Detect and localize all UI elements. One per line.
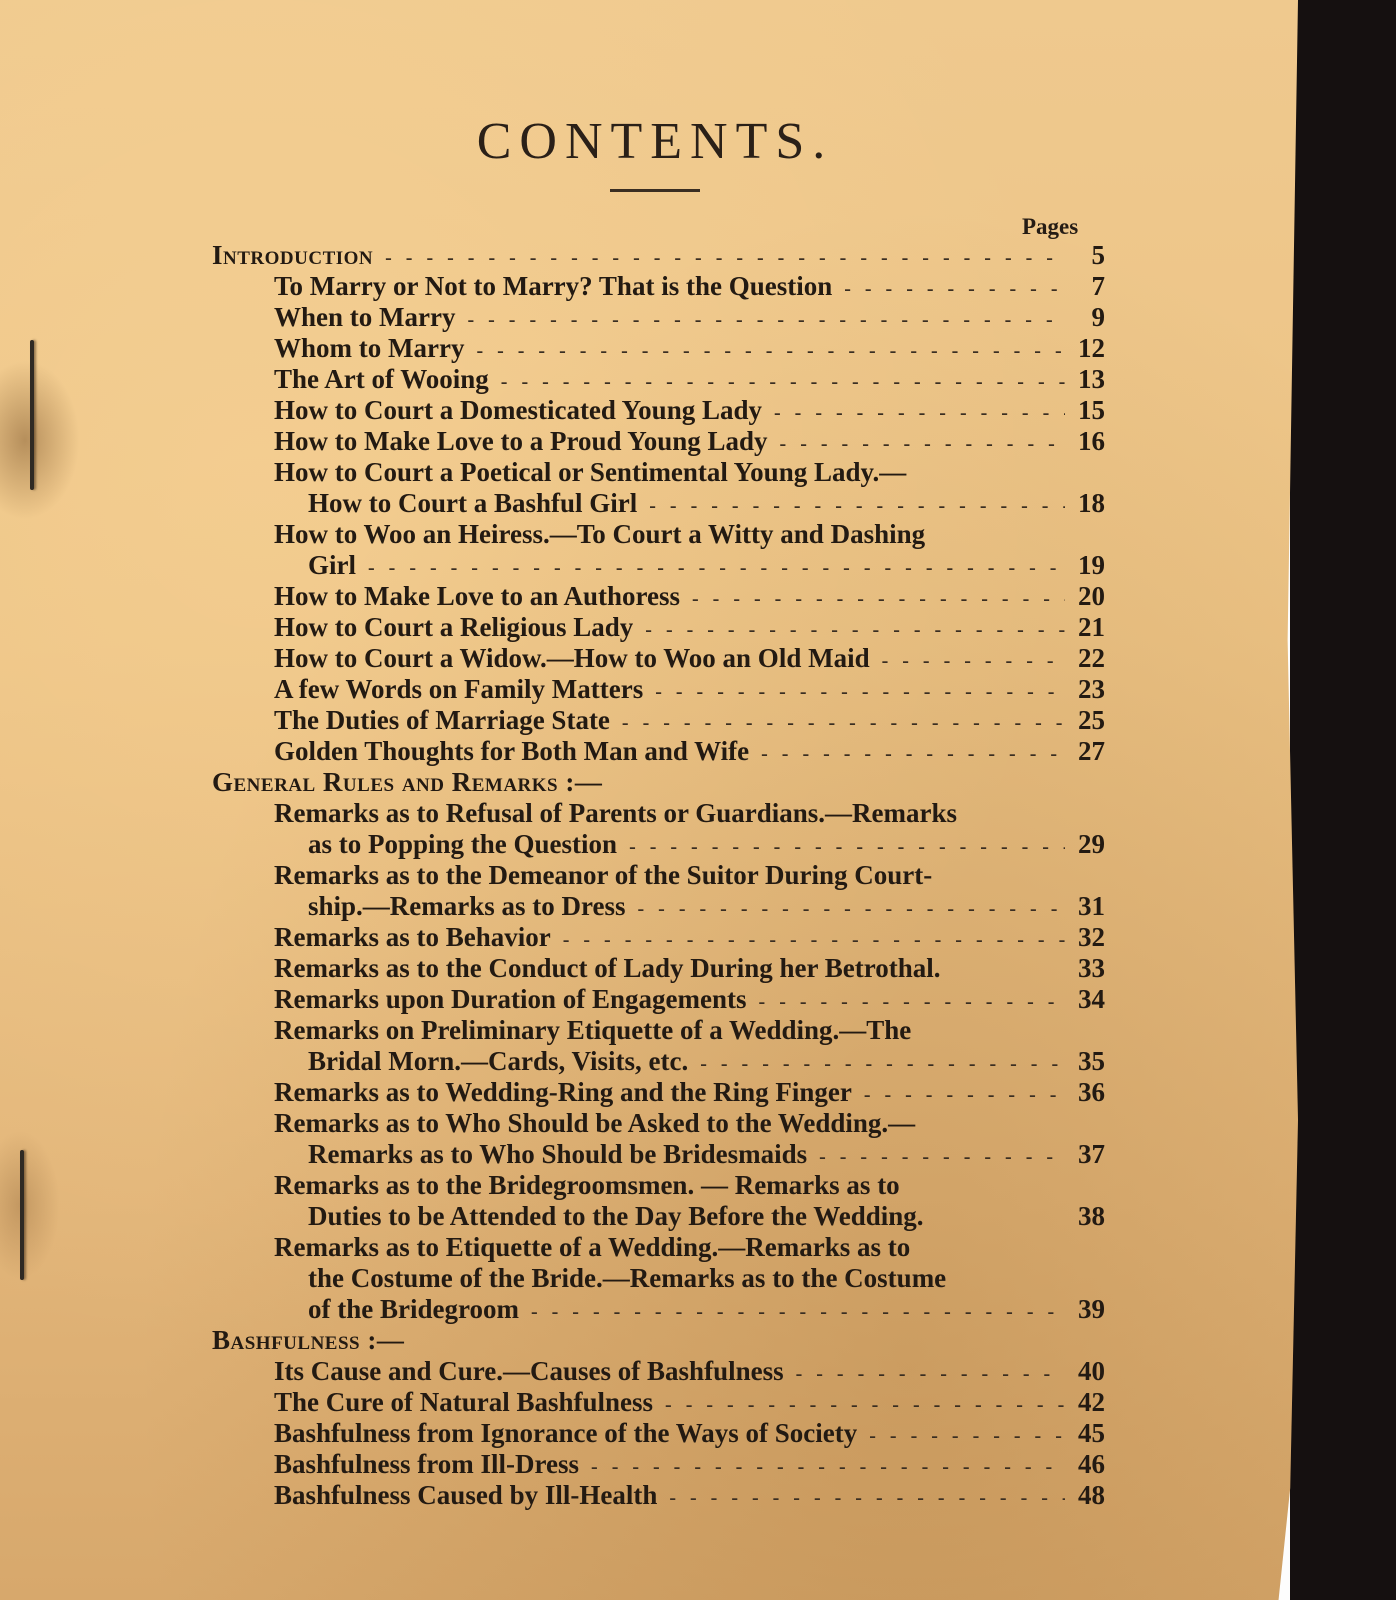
- dot-leader: ----------------------------------------: [579, 1456, 1065, 1479]
- toc-page-number: 9: [1065, 302, 1105, 333]
- dot-leader: ----------------------------------------: [784, 1363, 1065, 1386]
- toc-entry: A few Words on Family Matters-----------…: [274, 674, 1105, 705]
- dot-leader: ----------------------------------------: [637, 495, 1065, 518]
- toc-page-number: 31: [1065, 891, 1105, 922]
- toc-page-number: 23: [1065, 674, 1105, 705]
- toc-page-number: 45: [1065, 1418, 1105, 1449]
- toc-entry-title: General Rules and Remarks :—: [212, 767, 602, 798]
- title-rule: [610, 189, 700, 192]
- dot-leader: ----------------------------------------: [857, 1425, 1065, 1448]
- dot-leader: ----------------------------------------: [688, 1053, 1065, 1076]
- toc-page-number: 19: [1065, 550, 1105, 581]
- toc-entry-title: Remarks as to Etiquette of a Wedding.—Re…: [274, 1232, 910, 1263]
- water-stain: [0, 360, 80, 520]
- toc-entry-title: How to Make Love to an Authoress: [274, 581, 680, 612]
- toc-entry-title: Remarks as to Who Should be Asked to the…: [274, 1108, 915, 1139]
- binding-staple: [20, 1150, 24, 1280]
- toc-page-number: 32: [1065, 922, 1105, 953]
- toc-entry: Bridal Morn.—Cards, Visits, etc.--------…: [308, 1046, 1105, 1077]
- toc-entry-title: Duties to be Attended to the Day Before …: [308, 1201, 924, 1232]
- toc-entry: The Duties of Marriage State------------…: [274, 705, 1105, 736]
- toc-page-number: 36: [1065, 1077, 1105, 1108]
- toc-entry: How to Make Love to an Authoress--------…: [274, 581, 1105, 612]
- toc-entry: Remarks as to Who Should be Bridesmaids-…: [308, 1139, 1105, 1170]
- toc-entry: How to Court a Bashful Girl-------------…: [308, 488, 1105, 519]
- toc-entry-title: How to Make Love to a Proud Young Lady: [274, 426, 768, 457]
- toc-entry: Bashfulness from Ignorance of the Ways o…: [274, 1418, 1105, 1449]
- toc-page-number: 35: [1065, 1046, 1105, 1077]
- toc-entry-title: The Cure of Natural Bashfulness: [274, 1387, 653, 1418]
- toc-page-number: 33: [1065, 953, 1105, 984]
- toc-entry: Remarks as to the Conduct of Lady During…: [274, 953, 1105, 984]
- toc-entry-title: How to Court a Bashful Girl: [308, 488, 637, 519]
- toc-page-number: 42: [1065, 1387, 1105, 1418]
- toc-page-number: 13: [1065, 364, 1105, 395]
- dark-background: [1290, 0, 1396, 1600]
- toc-page-number: 20: [1065, 581, 1105, 612]
- toc-page-number: 18: [1065, 488, 1105, 519]
- toc-entry: Remarks on Preliminary Etiquette of a We…: [274, 1015, 1105, 1046]
- toc-entry: Bashfulness from Ill-Dress--------------…: [274, 1449, 1105, 1480]
- toc-entry-title: How to Court a Poetical or Sentimental Y…: [274, 457, 906, 488]
- toc-entry-title: How to Court a Domesticated Young Lady: [274, 395, 762, 426]
- toc-section-heading: General Rules and Remarks :—: [212, 767, 1105, 798]
- toc-entry-title: Girl: [308, 550, 356, 581]
- toc-entry-title: How to Court a Widow.—How to Woo an Old …: [274, 643, 870, 674]
- toc-entry: When to Marry---------------------------…: [274, 302, 1105, 333]
- toc-entry-title: How to Woo an Heiress.—To Court a Witty …: [274, 519, 925, 550]
- toc-entry-title: Golden Thoughts for Both Man and Wife: [274, 736, 749, 767]
- dot-leader: ----------------------------------------: [455, 309, 1065, 332]
- toc-entry-title: as to Popping the Question: [308, 829, 617, 860]
- toc-entry-title: Bashfulness Caused by Ill-Health: [274, 1480, 657, 1511]
- toc-entry-title: Bashfulness :—: [212, 1325, 404, 1356]
- toc-entry: Remarks as to Refusal of Parents or Guar…: [274, 798, 1105, 829]
- toc-entry: Remarks as to Etiquette of a Wedding.—Re…: [274, 1232, 1105, 1263]
- toc-entry: How to Make Love to a Proud Young Lady--…: [274, 426, 1105, 457]
- toc-entry: Remarks as to Behavior------------------…: [274, 922, 1105, 953]
- dot-leader: ----------------------------------------: [519, 1301, 1065, 1324]
- dot-leader: ----------------------------------------: [653, 1394, 1065, 1417]
- dot-leader: ----------------------------------------: [626, 898, 1065, 921]
- toc-page-number: 37: [1065, 1139, 1105, 1170]
- page-title: CONTENTS.: [0, 112, 1310, 171]
- toc-entry: ship.—Remarks as to Dress---------------…: [308, 891, 1105, 922]
- toc-entry-title: Remarks as to Who Should be Bridesmaids: [308, 1139, 807, 1170]
- toc-entry: How to Court a Religious Lady-----------…: [274, 612, 1105, 643]
- toc-entry-title: The Duties of Marriage State: [274, 705, 610, 736]
- toc-entry-title: of the Bridegroom: [308, 1294, 519, 1325]
- dot-leader: ----------------------------------------: [617, 836, 1065, 859]
- toc-entry-title: Remarks as to the Conduct of Lady During…: [274, 953, 941, 984]
- toc-entry: the Costume of the Bride.—Remarks as to …: [308, 1263, 1105, 1294]
- dot-leader: ----------------------------------------: [657, 1487, 1065, 1510]
- toc-page-number: 15: [1065, 395, 1105, 426]
- dot-leader: ----------------------------------------: [870, 650, 1065, 673]
- dot-leader: ----------------------------------------: [633, 619, 1065, 642]
- dot-leader: ----------------------------------------: [464, 340, 1065, 363]
- toc-entry-title: How to Court a Religious Lady: [274, 612, 633, 643]
- toc-entry-title: Introduction: [212, 240, 373, 271]
- toc-entry: Remarks as to the Bridegroomsmen. — Rema…: [274, 1170, 1105, 1201]
- dot-leader: ----------------------------------------: [489, 371, 1065, 394]
- toc-entry-title: When to Marry: [274, 302, 455, 333]
- toc-entry-title: ship.—Remarks as to Dress: [308, 891, 626, 922]
- dot-leader: ----------------------------------------: [762, 402, 1065, 425]
- toc-entry: of the Bridegroom-----------------------…: [308, 1294, 1105, 1325]
- toc-entry: Golden Thoughts for Both Man and Wife---…: [274, 736, 1105, 767]
- binding-staple: [30, 340, 34, 490]
- toc-entry: Whom to Marry---------------------------…: [274, 333, 1105, 364]
- toc-entry-title: Whom to Marry: [274, 333, 464, 364]
- toc-page-number: 29: [1065, 829, 1105, 860]
- toc-section-heading: Introduction----------------------------…: [212, 240, 1105, 271]
- dot-leader: ----------------------------------------: [768, 433, 1065, 456]
- toc-entry-title: Remarks upon Duration of Engagements: [274, 984, 747, 1015]
- toc-entry: Bashfulness Caused by Ill-Health--------…: [274, 1480, 1105, 1511]
- toc-entry: How to Court a Poetical or Sentimental Y…: [274, 457, 1105, 488]
- toc-entry: Remarks upon Duration of Engagements----…: [274, 984, 1105, 1015]
- toc-entry-title: To Marry or Not to Marry? That is the Qu…: [274, 271, 832, 302]
- toc-entry-title: Remarks as to the Demeanor of the Suitor…: [274, 860, 932, 891]
- dot-leader: ----------------------------------------: [680, 588, 1065, 611]
- toc-entry-title: The Art of Wooing: [274, 364, 489, 395]
- toc-page-number: 27: [1065, 736, 1105, 767]
- toc-entry-title: Remarks as to Wedding-Ring and the Ring …: [274, 1077, 852, 1108]
- toc-entry: To Marry or Not to Marry? That is the Qu…: [274, 271, 1105, 302]
- toc-entry-title: Bashfulness from Ignorance of the Ways o…: [274, 1418, 857, 1449]
- dot-leader: ----------------------------------------: [610, 712, 1065, 735]
- toc-entry: Remarks as to the Demeanor of the Suitor…: [274, 860, 1105, 891]
- toc-entry: Its Cause and Cure.—Causes of Bashfulnes…: [274, 1356, 1105, 1387]
- toc-page-number: 40: [1065, 1356, 1105, 1387]
- toc-entry: Remarks as to Who Should be Asked to the…: [274, 1108, 1105, 1139]
- toc-entry-title: the Costume of the Bride.—Remarks as to …: [308, 1263, 946, 1294]
- pages-column-header: Pages: [1022, 214, 1078, 240]
- toc-page-number: 21: [1065, 612, 1105, 643]
- toc-entry-title: Bridal Morn.—Cards, Visits, etc.: [308, 1046, 688, 1077]
- dot-leader: ----------------------------------------: [373, 247, 1065, 270]
- toc-entry: How to Court a Widow.—How to Woo an Old …: [274, 643, 1105, 674]
- toc-entry-title: Remarks on Preliminary Etiquette of a We…: [274, 1015, 911, 1046]
- dot-leader: ----------------------------------------: [832, 278, 1065, 301]
- toc-entry: How to Court a Domesticated Young Lady--…: [274, 395, 1105, 426]
- toc-page-number: 48: [1065, 1480, 1105, 1511]
- toc-page-number: 25: [1065, 705, 1105, 736]
- toc-entry: Remarks as to Wedding-Ring and the Ring …: [274, 1077, 1105, 1108]
- toc-entry: The Cure of Natural Bashfulness---------…: [274, 1387, 1105, 1418]
- toc-entry: Duties to be Attended to the Day Before …: [308, 1201, 1105, 1232]
- toc-page-number: 34: [1065, 984, 1105, 1015]
- dot-leader: ----------------------------------------: [749, 743, 1065, 766]
- dot-leader: ----------------------------------------: [643, 681, 1065, 704]
- toc-page-number: 46: [1065, 1449, 1105, 1480]
- toc-page-number: 5: [1065, 240, 1105, 271]
- toc-entry-title: A few Words on Family Matters: [274, 674, 643, 705]
- toc-entry-title: Remarks as to the Bridegroomsmen. — Rema…: [274, 1170, 900, 1201]
- toc-entry-title: Its Cause and Cure.—Causes of Bashfulnes…: [274, 1356, 784, 1387]
- toc-entry: The Art of Wooing-----------------------…: [274, 364, 1105, 395]
- toc-page-number: 39: [1065, 1294, 1105, 1325]
- dot-leader: ----------------------------------------: [807, 1146, 1065, 1169]
- toc-entry-title: Bashfulness from Ill-Dress: [274, 1449, 579, 1480]
- toc-section-heading: Bashfulness :—: [212, 1325, 1105, 1356]
- toc-entry: Girl------------------------------------…: [308, 550, 1105, 581]
- toc-entry-title: Remarks as to Refusal of Parents or Guar…: [274, 798, 957, 829]
- toc-page-number: 22: [1065, 643, 1105, 674]
- dot-leader: ----------------------------------------: [356, 557, 1065, 580]
- dot-leader: ----------------------------------------: [551, 929, 1065, 952]
- book-page: CONTENTS. Pages Introduction------------…: [0, 0, 1298, 1600]
- toc-entry: How to Woo an Heiress.—To Court a Witty …: [274, 519, 1105, 550]
- toc-entry: as to Popping the Question--------------…: [308, 829, 1105, 860]
- water-stain: [0, 1130, 60, 1280]
- toc-page-number: 12: [1065, 333, 1105, 364]
- dot-leader: ----------------------------------------: [852, 1084, 1065, 1107]
- toc-entry-title: Remarks as to Behavior: [274, 922, 551, 953]
- toc-page-number: 16: [1065, 426, 1105, 457]
- toc-page-number: 7: [1065, 271, 1105, 302]
- toc-page-number: 38: [1065, 1201, 1105, 1232]
- dot-leader: ----------------------------------------: [747, 991, 1065, 1014]
